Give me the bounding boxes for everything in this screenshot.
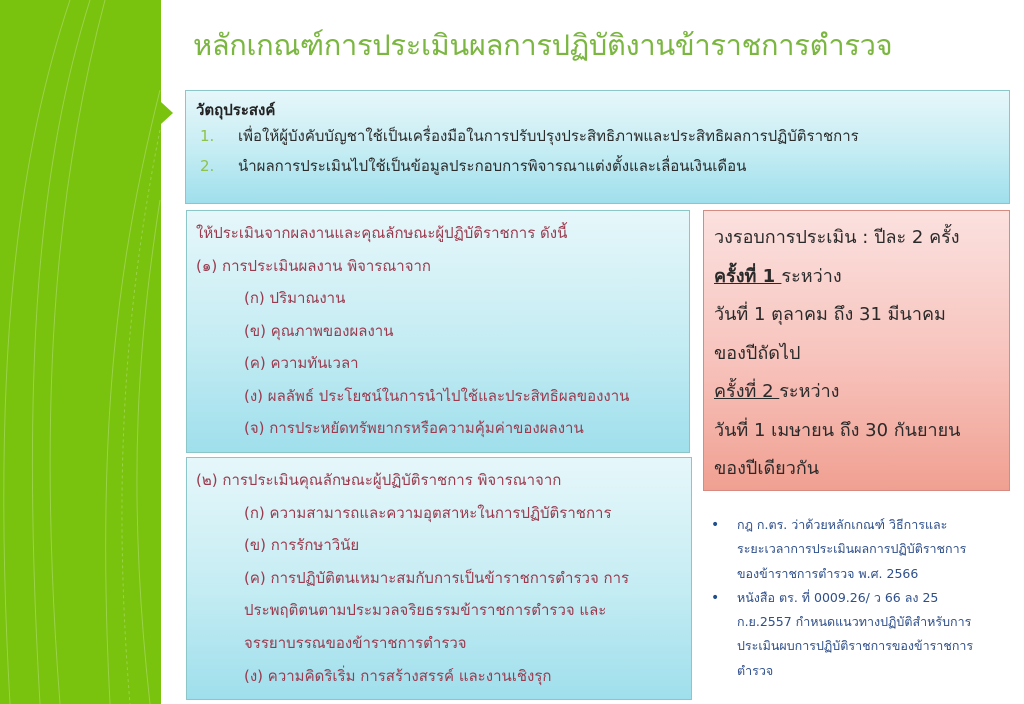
pointer-notch [161, 102, 173, 124]
reference-line: ประเมินผบการปฏิบัติราชการของข้าราชการ [737, 634, 973, 658]
round1-line: ครั้งที่ 1 ระหว่าง [714, 258, 999, 297]
part2-item: (ค) การปฏิบัติตนเหมาะสมกับการเป็นข้าราชก… [196, 562, 682, 595]
part2-item: (ง) ความคิดริเริ่ม การสร้างสรรค์ และงานเ… [196, 660, 682, 693]
round2-label: ครั้งที่ 2 [714, 381, 779, 402]
references-list: • กฎ ก.ตร. ว่าด้วยหลักเกณฑ์ วิธีการและ ร… [708, 513, 1008, 683]
round2-dates: วันที่ 1 เมษายน ถึง 30 กันยายน [714, 412, 999, 451]
decorative-arcs [0, 0, 161, 704]
round1-suffix: ระหว่าง [781, 266, 841, 287]
performance-criteria-box: ให้ประเมินจากผลงานและคุณลักษณะผู้ปฏิบัติ… [186, 210, 690, 453]
characteristics-criteria-box: (๒) การประเมินคุณลักษณะผู้ปฏิบัติราชการ … [186, 457, 692, 700]
part1-item: (ก) ปริมาณงาน [196, 282, 680, 315]
round1-dates: วันที่ 1 ตุลาคม ถึง 31 มีนาคม [714, 296, 999, 335]
reference-line: กฎ ก.ตร. ว่าด้วยหลักเกณฑ์ วิธีการและ [737, 513, 966, 537]
objective-number: 1. [196, 121, 238, 151]
evaluation-cycle-box: วงรอบการประเมิน : ปีละ 2 ครั้ง ครั้งที่ … [703, 210, 1010, 491]
part2-item: จรรยาบรรณของข้าราชการตำรวจ [196, 627, 682, 660]
part1-item: (ง) ผลลัพธ์ ประโยชน์ในการนำไปใช้และประสิ… [196, 380, 680, 413]
part2-heading: (๒) การประเมินคุณลักษณะผู้ปฏิบัติราชการ … [196, 464, 682, 497]
reference-item: • หนังสือ ตร. ที่ 0009.26/ ว 66 ลง 25 ก.… [708, 586, 1008, 683]
objectives-box: วัตถุประสงค์ 1. เพื่อให้ผู้บังคับบัญชาใช… [185, 90, 1010, 204]
bullet-icon: • [708, 513, 737, 586]
objective-text: นำผลการประเมินไปใช้เป็นข้อมูลประกอบการพิ… [238, 151, 746, 181]
part2-item: ประพฤติตนตามประมวลจริยธรรมข้าราชการตำรวจ… [196, 594, 682, 627]
round2-note: ของปีเดียวกัน [714, 450, 999, 489]
part1-item: (ข) คุณภาพของผลงาน [196, 315, 680, 348]
cycle-heading: วงรอบการประเมิน : ปีละ 2 ครั้ง [714, 219, 999, 258]
reference-item: • กฎ ก.ตร. ว่าด้วยหลักเกณฑ์ วิธีการและ ร… [708, 513, 1008, 586]
part1-item: (จ) การประหยัดทรัพยากรหรือความคุ้มค่าของ… [196, 412, 680, 445]
part1-heading: (๑) การประเมินผลงาน พิจารณาจาก [196, 250, 680, 283]
slide-title: หลักเกณฑ์การประเมินผลการปฏิบัติงานข้าราช… [193, 22, 892, 68]
criteria-intro: ให้ประเมินจากผลงานและคุณลักษณะผู้ปฏิบัติ… [196, 217, 680, 250]
part2-item: (ข) การรักษาวินัย [196, 529, 682, 562]
round1-label: ครั้งที่ 1 [714, 266, 781, 287]
decorative-green-panel [0, 0, 161, 704]
objective-number: 2. [196, 151, 238, 181]
part2-item: (ก) ความสามารถและความอุตสาหะในการปฏิบัติ… [196, 497, 682, 530]
objective-text: เพื่อให้ผู้บังคับบัญชาใช้เป็นเครื่องมือใ… [238, 121, 859, 151]
reference-line: ระยะเวลาการประเมินผลการปฏิบัติราชการ [737, 537, 966, 561]
round1-note: ของปีถัดไป [714, 335, 999, 374]
objective-item: 1. เพื่อให้ผู้บังคับบัญชาใช้เป็นเครื่องม… [196, 121, 999, 151]
bullet-icon: • [708, 586, 737, 683]
reference-line: หนังสือ ตร. ที่ 0009.26/ ว 66 ลง 25 [737, 586, 973, 610]
part1-item: (ค) ความทันเวลา [196, 347, 680, 380]
round2-suffix: ระหว่าง [779, 381, 839, 402]
round2-line: ครั้งที่ 2 ระหว่าง [714, 373, 999, 412]
objectives-heading: วัตถุประสงค์ [196, 99, 999, 121]
reference-line: ก.ย.2557 กำหนดแนวทางปฏิบัติสำหรับการ [737, 610, 973, 634]
objective-item: 2. นำผลการประเมินไปใช้เป็นข้อมูลประกอบกา… [196, 151, 999, 181]
reference-line: ของข้าราชการตำรวจ พ.ศ. 2566 [737, 562, 966, 586]
reference-line: ตำรวจ [737, 659, 973, 683]
